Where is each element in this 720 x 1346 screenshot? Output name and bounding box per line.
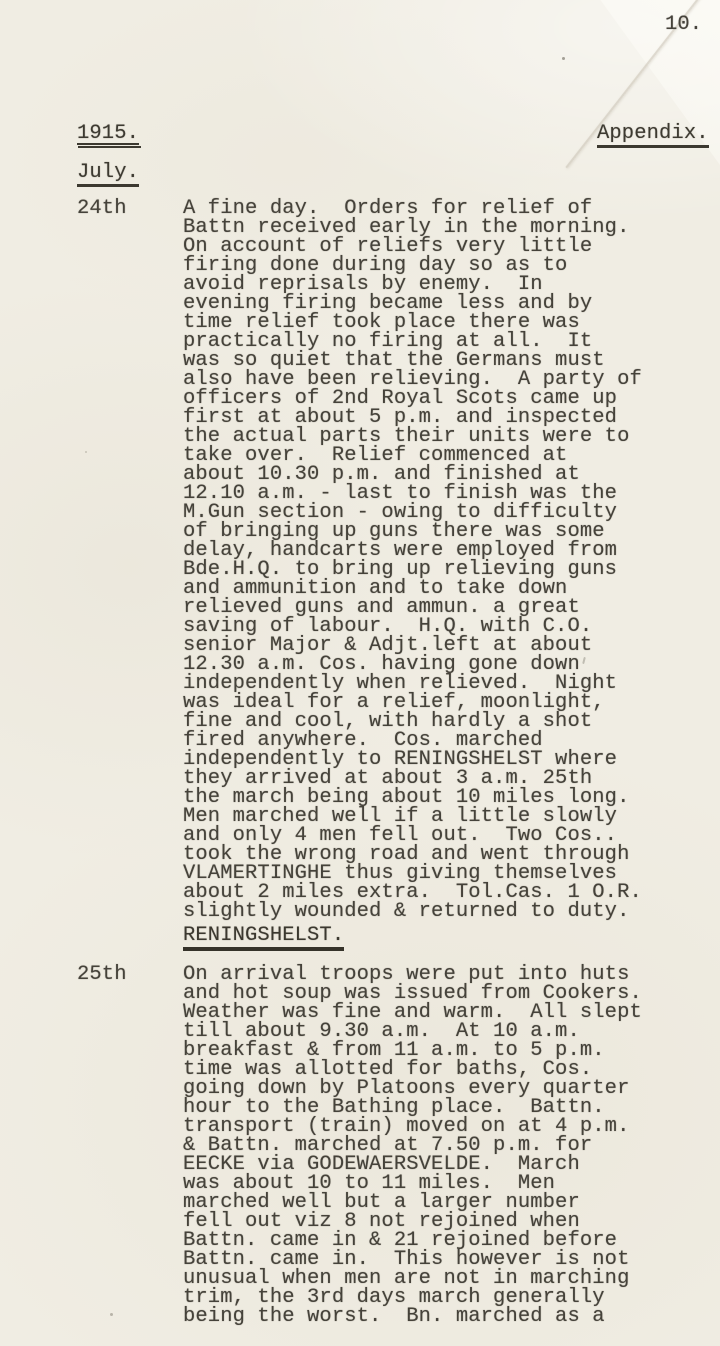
year-heading: 1915.	[77, 124, 139, 145]
paper-speck	[85, 451, 87, 453]
entry-body-24th: A fine day. Orders for relief of Battn r…	[183, 199, 642, 921]
war-diary-page: 10. 1915. Appendix. July. 24th A fine da…	[0, 0, 720, 1346]
page-number: 10.	[665, 15, 702, 34]
entry-body-25th: On arrival troops were put into huts and…	[183, 965, 642, 1326]
appendix-heading: Appendix.	[597, 124, 709, 148]
month-heading: July.	[77, 163, 139, 187]
paper-speck	[110, 1313, 113, 1316]
entry-date-25th: 25th	[77, 965, 127, 984]
entry-date-24th: 24th	[77, 199, 127, 218]
paper-speck	[562, 57, 565, 60]
section-heading-reningshelst: RENINGSHELST.	[183, 926, 344, 951]
